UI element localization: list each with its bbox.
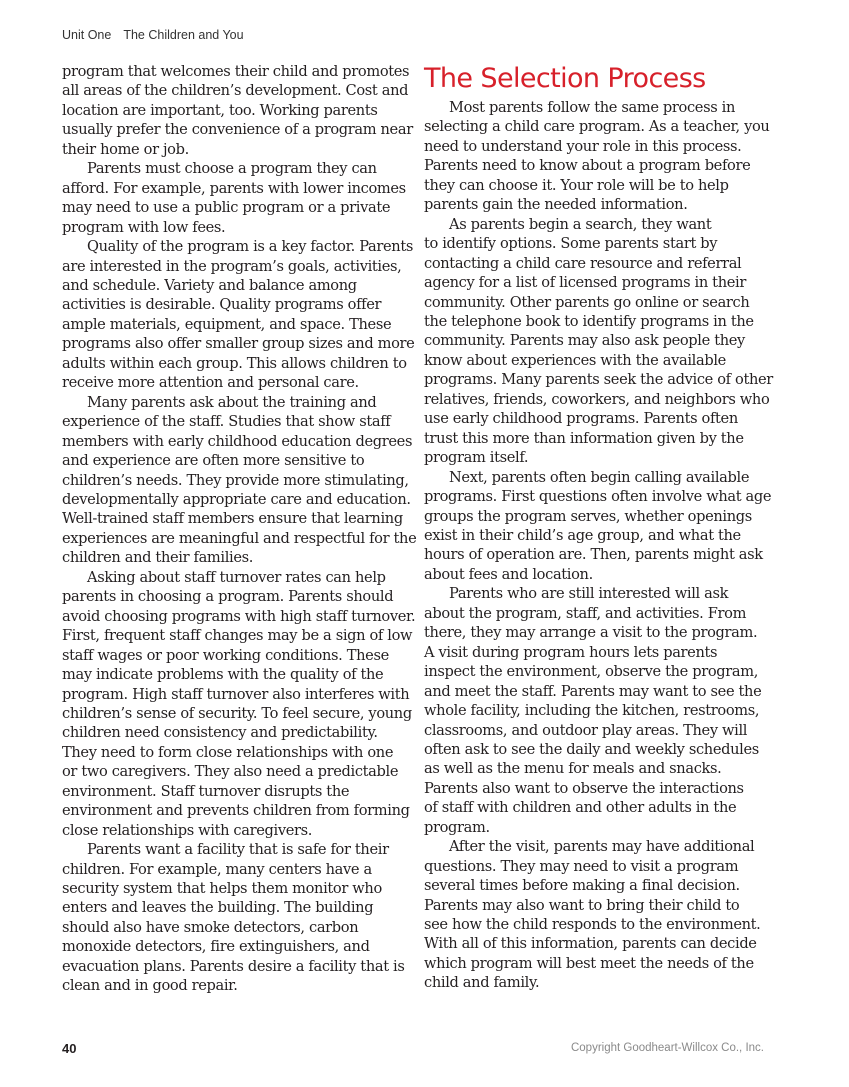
- text-line: use early childhood programs. Parents of…: [424, 409, 769, 428]
- text-line: all areas of the children’s development.…: [62, 81, 407, 100]
- text-line: need to understand your role in this pro…: [424, 137, 769, 156]
- unit-label: Unit One: [62, 28, 111, 42]
- text-line: program itself.: [424, 448, 769, 467]
- text-line: selecting a child care program. As a tea…: [424, 117, 769, 136]
- text-line: developmentally appropriate care and edu…: [62, 490, 407, 509]
- text-line: children and their families.: [62, 548, 407, 567]
- text-line: monoxide detectors, fire extinguishers, …: [62, 937, 407, 956]
- text-line: Parents must choose a program they can: [62, 159, 407, 178]
- text-line: staff wages or poor working conditions. …: [62, 646, 407, 665]
- text-line: ample materials, equipment, and space. T…: [62, 315, 407, 334]
- paragraph: Quality of the program is a key factor. …: [62, 237, 407, 393]
- text-line: Parents may also want to bring their chi…: [424, 896, 769, 915]
- text-line: programs also offer smaller group sizes …: [62, 334, 407, 353]
- text-line: they can choose it. Your role will be to…: [424, 176, 769, 195]
- text-line: about the program, staff, and activities…: [424, 604, 769, 623]
- text-line: Most parents follow the same process in: [424, 98, 769, 117]
- paragraph: Parents must choose a program they canaf…: [62, 159, 407, 237]
- text-line: children. For example, many centers have…: [62, 860, 407, 879]
- text-line: activities is desirable. Quality program…: [62, 295, 407, 314]
- text-line: parents gain the needed information.: [424, 195, 769, 214]
- text-line: experience of the staff. Studies that sh…: [62, 412, 407, 431]
- text-line: A visit during program hours lets parent…: [424, 643, 769, 662]
- paragraph: Asking about staff turnover rates can he…: [62, 568, 407, 840]
- text-line: contacting a child care resource and ref…: [424, 254, 769, 273]
- text-line: may indicate problems with the quality o…: [62, 665, 407, 684]
- text-line: children’s sense of security. To feel se…: [62, 704, 407, 723]
- paragraph: After the visit, parents may have additi…: [424, 837, 769, 993]
- text-line: Next, parents often begin calling availa…: [424, 468, 769, 487]
- text-line: should also have smoke detectors, carbon: [62, 918, 407, 937]
- chapter-title: The Children and You: [123, 28, 243, 42]
- paragraph: Most parents follow the same process ins…: [424, 98, 769, 215]
- text-line: afford. For example, parents with lower …: [62, 179, 407, 198]
- text-line: program that welcomes their child and pr…: [62, 62, 407, 81]
- text-line: Parents who are still interested will as…: [424, 584, 769, 603]
- text-line: several times before making a final deci…: [424, 876, 769, 895]
- text-line: clean and in good repair.: [62, 976, 407, 995]
- paragraph: Parents want a facility that is safe for…: [62, 840, 407, 996]
- text-line: agency for a list of licensed programs i…: [424, 273, 769, 292]
- text-line: community. Other parents go online or se…: [424, 293, 769, 312]
- text-line: relatives, friends, coworkers, and neigh…: [424, 390, 769, 409]
- text-line: often ask to see the daily and weekly sc…: [424, 740, 769, 759]
- text-line: programs. First questions often involve …: [424, 487, 769, 506]
- left-column: program that welcomes their child and pr…: [62, 62, 407, 996]
- text-line: their home or job.: [62, 140, 407, 159]
- text-line: receive more attention and personal care…: [62, 373, 407, 392]
- text-line: may need to use a public program or a pr…: [62, 198, 407, 217]
- text-line: to identify options. Some parents start …: [424, 234, 769, 253]
- paragraph: Parents who are still interested will as…: [424, 584, 769, 837]
- paragraph: Next, parents often begin calling availa…: [424, 468, 769, 585]
- text-line: and meet the staff. Parents may want to …: [424, 682, 769, 701]
- text-line: They need to form close relationships wi…: [62, 743, 407, 762]
- text-line: are interested in the program’s goals, a…: [62, 257, 407, 276]
- right-column: The Selection Process Most parents follo…: [424, 62, 769, 993]
- text-line: Parents need to know about a program bef…: [424, 156, 769, 175]
- text-line: classrooms, and outdoor play areas. They…: [424, 721, 769, 740]
- text-line: experiences are meaningful and respectfu…: [62, 529, 407, 548]
- text-line: about fees and location.: [424, 565, 769, 584]
- text-line: security system that helps them monitor …: [62, 879, 407, 898]
- text-line: avoid choosing programs with high staff …: [62, 607, 407, 626]
- text-line: programs. Many parents seek the advice o…: [424, 370, 769, 389]
- text-line: see how the child responds to the enviro…: [424, 915, 769, 934]
- text-line: With all of this information, parents ca…: [424, 934, 769, 953]
- text-line: environment. Staff turnover disrupts the: [62, 782, 407, 801]
- page-number: 40: [62, 1041, 76, 1056]
- paragraph: Many parents ask about the training ande…: [62, 393, 407, 568]
- text-line: Asking about staff turnover rates can he…: [62, 568, 407, 587]
- text-line: children’s needs. They provide more stim…: [62, 471, 407, 490]
- copyright-notice: Copyright Goodheart-Willcox Co., Inc.: [571, 1042, 764, 1054]
- text-line: questions. They may need to visit a prog…: [424, 857, 769, 876]
- text-line: Many parents ask about the training and: [62, 393, 407, 412]
- text-line: enters and leaves the building. The buil…: [62, 898, 407, 917]
- text-line: or two caregivers. They also need a pred…: [62, 762, 407, 781]
- text-line: hours of operation are. Then, parents mi…: [424, 545, 769, 564]
- text-line: evacuation plans. Parents desire a facil…: [62, 957, 407, 976]
- text-line: environment and prevents children from f…: [62, 801, 407, 820]
- text-line: the telephone book to identify programs …: [424, 312, 769, 331]
- text-line: parents in choosing a program. Parents s…: [62, 587, 407, 606]
- text-line: know about experiences with the availabl…: [424, 351, 769, 370]
- paragraph: program that welcomes their child and pr…: [62, 62, 407, 159]
- text-line: members with early childhood education d…: [62, 432, 407, 451]
- text-line: location are important, too. Working par…: [62, 101, 407, 120]
- text-line: program. High staff turnover also interf…: [62, 685, 407, 704]
- text-line: as well as the menu for meals and snacks…: [424, 759, 769, 778]
- paragraph: As parents begin a search, they wantto i…: [424, 215, 769, 468]
- text-line: community. Parents may also ask people t…: [424, 331, 769, 350]
- text-line: program.: [424, 818, 769, 837]
- text-line: After the visit, parents may have additi…: [424, 837, 769, 856]
- text-line: Quality of the program is a key factor. …: [62, 237, 407, 256]
- text-line: trust this more than information given b…: [424, 429, 769, 448]
- text-line: usually prefer the convenience of a prog…: [62, 120, 407, 139]
- text-line: and schedule. Variety and balance among: [62, 276, 407, 295]
- text-line: child and family.: [424, 973, 769, 992]
- running-head: Unit OneThe Children and You: [62, 28, 244, 42]
- text-line: and experience are often more sensitive …: [62, 451, 407, 470]
- text-line: exist in their child’s age group, and wh…: [424, 526, 769, 545]
- text-line: adults within each group. This allows ch…: [62, 354, 407, 373]
- text-line: which program will best meet the needs o…: [424, 954, 769, 973]
- text-line: children need consistency and predictabi…: [62, 723, 407, 742]
- text-line: Parents also want to observe the interac…: [424, 779, 769, 798]
- text-line: close relationships with caregivers.: [62, 821, 407, 840]
- text-line: As parents begin a search, they want: [424, 215, 769, 234]
- text-line: Parents want a facility that is safe for…: [62, 840, 407, 859]
- text-line: Well-trained staff members ensure that l…: [62, 509, 407, 528]
- text-line: First, frequent staff changes may be a s…: [62, 626, 407, 645]
- text-line: there, they may arrange a visit to the p…: [424, 623, 769, 642]
- right-column-body: Most parents follow the same process ins…: [424, 98, 769, 993]
- text-line: program with low fees.: [62, 218, 407, 237]
- text-line: groups the program serves, whether openi…: [424, 507, 769, 526]
- text-line: inspect the environment, observe the pro…: [424, 662, 769, 681]
- section-heading: The Selection Process: [424, 62, 769, 96]
- text-line: of staff with children and other adults …: [424, 798, 769, 817]
- text-line: whole facility, including the kitchen, r…: [424, 701, 769, 720]
